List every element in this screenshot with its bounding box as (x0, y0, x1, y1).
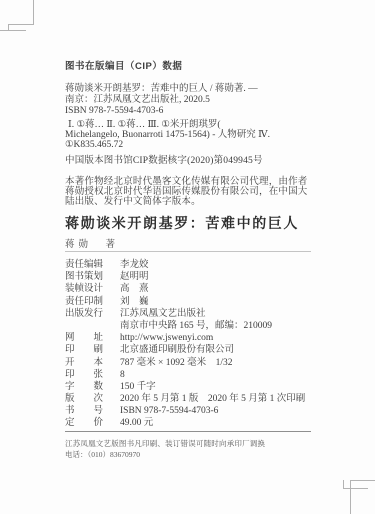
cip-classification-line: ①K835.465.72 (65, 140, 320, 150)
colophon-value: 刘 巍 (120, 296, 149, 308)
colophon-value: 150 千字 (120, 381, 156, 393)
cip-classification-line: Michelangelo, Buonarroti 1475-1564) - 人物… (65, 130, 320, 140)
rights-notice-line: 陆出版、发行中文简体字版本。 (65, 197, 323, 207)
colophon-value: 赵明明 (120, 271, 149, 283)
colophon-row: 定价 49.00 元 (65, 417, 305, 429)
colophon-list: 责任编辑 李龙姣 图书策划 赵明明 装帧设计 高 熹 责任印制 刘 巍 出版发行… (65, 259, 305, 430)
footer-note: 江苏凤凰文艺版图书凡印刷、装订错误可随时向承印厂调换 (65, 438, 265, 449)
colophon-label: 开本 (65, 357, 103, 369)
colophon-label: 责任印制 (65, 296, 103, 308)
colophon-value: 南京市中央路 165 号，邮编：210009 (120, 320, 272, 332)
footer-phone: 电话：（010）83670970 (65, 449, 140, 460)
cip-classification-line: Ⅰ. ①蒋… Ⅱ. ①蒋… Ⅲ. ①米开朗琪罗( (65, 120, 320, 130)
colophon-label: 印张 (65, 369, 103, 381)
cip-record-block: 蒋勋谈米开朗基罗：苦难中的巨人 / 蒋勋著. — 南京：江苏凤凰文艺出版社, 2… (65, 84, 320, 116)
colophon-value: 49.00 元 (120, 417, 153, 429)
colophon-row: 南京市中央路 165 号，邮编：210009 (65, 320, 305, 332)
colophon-row: 责任编辑 李龙姣 (65, 259, 305, 271)
crop-mark-top-left (0, 0, 34, 31)
crop-marks (0, 0, 375, 514)
crop-mark-bottom-right (343, 480, 375, 514)
colophon-row: 网址 http://www.jswenyi.com (65, 332, 305, 344)
cip-header: 图书在版编目（CIP）数据 (65, 58, 182, 72)
colophon-label: 定价 (65, 417, 103, 429)
colophon-value: 787 毫米 × 1092 毫米 1/32 (120, 357, 233, 369)
colophon-label: 书号 (65, 405, 103, 417)
colophon-row: 书号 ISBN 978-7-5594-4703-6 (65, 405, 305, 417)
colophon-value: 江苏凤凰文艺出版社 (120, 308, 206, 320)
colophon-row: 字数 150 千字 (65, 381, 305, 393)
colophon-row: 版次 2020 年 5 月第 1 版 2020 年 5 月第 1 次印刷 (65, 393, 305, 405)
colophon-label: 图书策划 (65, 271, 103, 283)
cip-registry-number: 中国版本图书馆CIP数据核字(2020)第049945号 (65, 152, 263, 166)
rights-notice-line: 蒋勋授权北京时代华语国际传媒股份有限公司，在中国大 (65, 187, 323, 197)
colophon-row: 印张 8 (65, 369, 305, 381)
colophon-row: 开本 787 毫米 × 1092 毫米 1/32 (65, 357, 305, 369)
divider-top (65, 251, 311, 252)
colophon-label: 字数 (65, 381, 103, 393)
colophon-row: 装帧设计 高 熹 (65, 283, 305, 295)
cip-record-line: 蒋勋谈米开朗基罗：苦难中的巨人 / 蒋勋著. — (65, 84, 320, 95)
colophon-label (65, 320, 103, 332)
colophon-label: 出版发行 (65, 308, 103, 320)
colophon-value: 北京盛通印刷股份有限公司 (120, 344, 234, 356)
colophon-label: 网址 (65, 332, 103, 344)
colophon-value: 李龙姣 (120, 259, 149, 271)
colophon-value: 2020 年 5 月第 1 版 2020 年 5 月第 1 次印刷 (120, 393, 305, 405)
book-title: 蒋勋谈米开朗基罗：苦难中的巨人 (65, 213, 299, 233)
cip-record-line: 南京：江苏凤凰文艺出版社, 2020.5 (65, 95, 320, 106)
colophon-label: 责任编辑 (65, 259, 103, 271)
colophon-row: 印刷 北京盛通印刷股份有限公司 (65, 344, 305, 356)
divider-bottom (65, 431, 311, 432)
copyright-page: 图书在版编目（CIP）数据 蒋勋谈米开朗基罗：苦难中的巨人 / 蒋勋著. — 南… (0, 0, 375, 514)
colophon-value: ISBN 978-7-5594-4703-6 (120, 405, 218, 417)
colophon-row: 图书策划 赵明明 (65, 271, 305, 283)
colophon-row: 责任印制 刘 巍 (65, 296, 305, 308)
cip-record-line: ISBN 978-7-5594-4703-6 (65, 106, 320, 117)
rights-notice: 本著作物经北京时代墨客文化传媒有限公司代理，由作者 蒋勋授权北京时代华语国际传媒… (65, 177, 323, 207)
rights-notice-line: 本著作物经北京时代墨客文化传媒有限公司代理，由作者 (65, 177, 323, 187)
colophon-label: 版次 (65, 393, 103, 405)
colophon-value: 高 熹 (120, 283, 149, 295)
colophon-label: 印刷 (65, 344, 103, 356)
colophon-row: 出版发行 江苏凤凰文艺出版社 (65, 308, 305, 320)
colophon-value: 8 (120, 369, 125, 381)
cip-classification-block: Ⅰ. ①蒋… Ⅱ. ①蒋… Ⅲ. ①米开朗琪罗( Michelangelo, B… (65, 120, 320, 150)
colophon-label: 装帧设计 (65, 283, 103, 295)
colophon-value: http://www.jswenyi.com (120, 332, 213, 344)
book-author: 蒋勋 著 (65, 236, 119, 250)
